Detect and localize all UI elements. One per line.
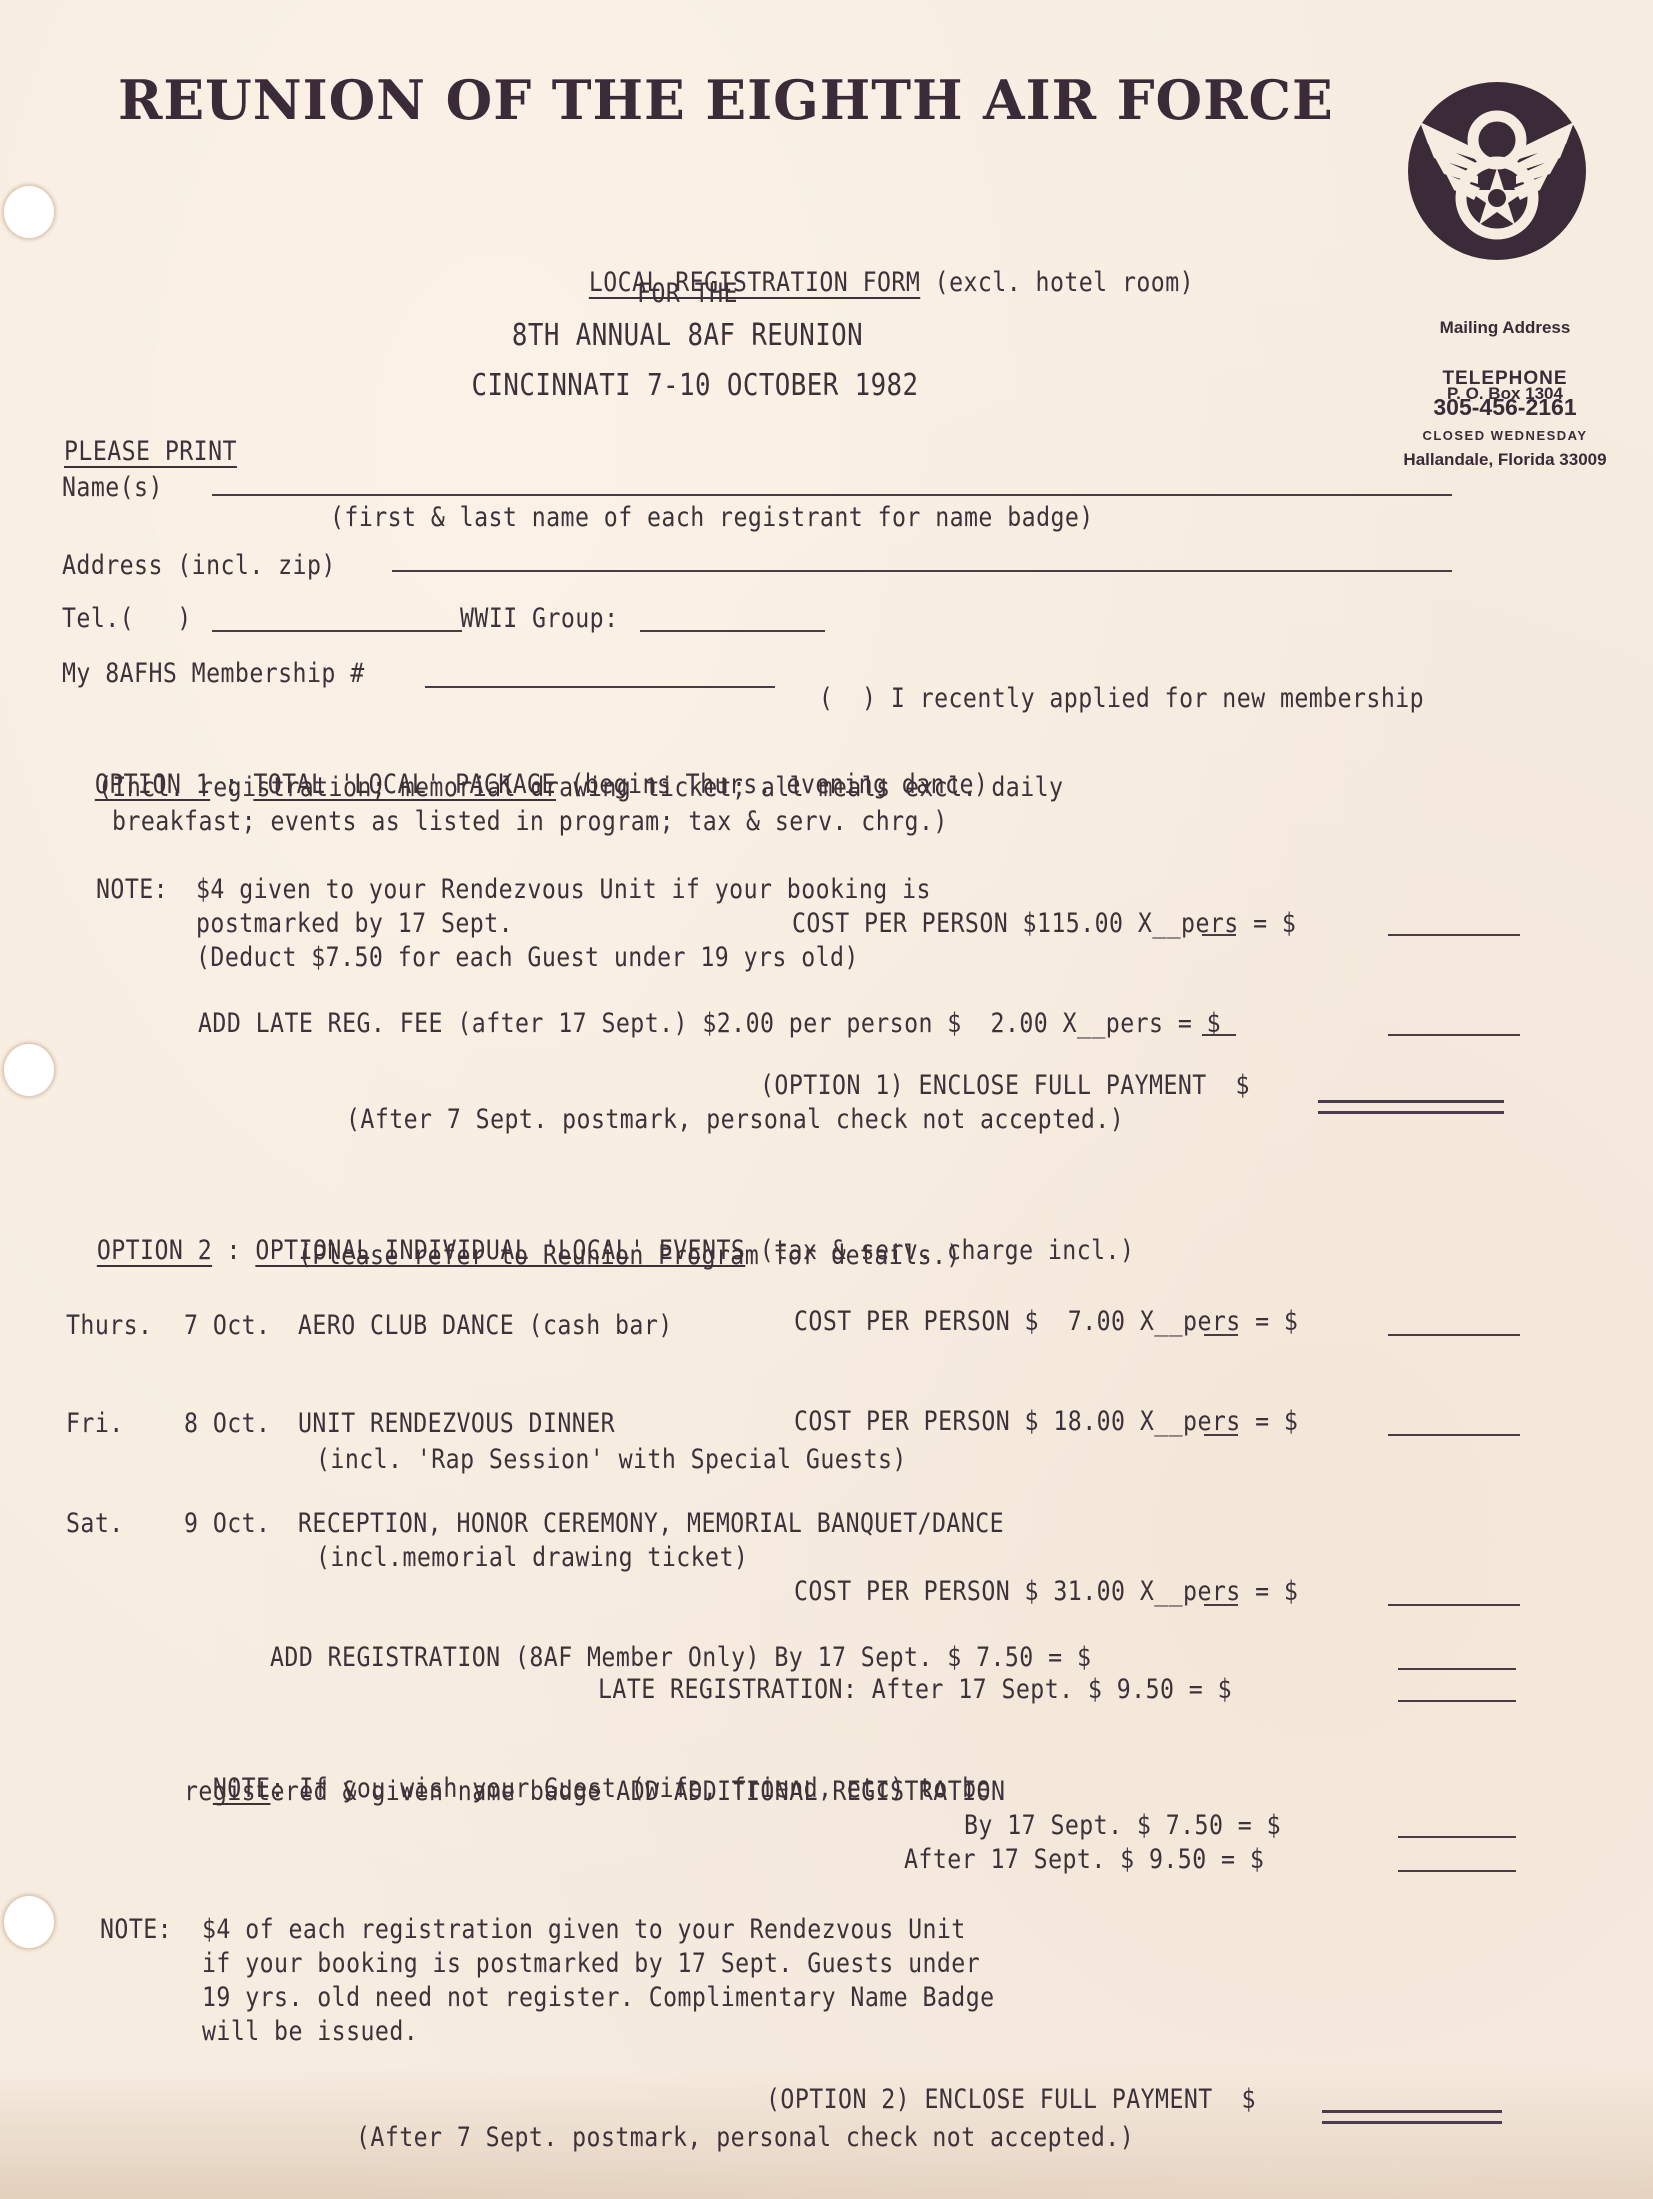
event-fri-date: 8 Oct. [184, 1408, 270, 1439]
event-thurs-date: 7 Oct. [184, 1310, 270, 1341]
registration-late-line: LATE REGISTRATION: After 17 Sept. $ 9.50… [598, 1674, 1232, 1705]
punch-hole-top [4, 186, 54, 238]
event-thurs-total-field[interactable] [1388, 1334, 1520, 1336]
new-membership-label: I recently applied for new membership [891, 683, 1424, 714]
event-thurs-name: AERO CLUB DANCE (cash bar) [298, 1310, 673, 1341]
event-sat-cost: COST PER PERSON $ 31.00 X__pers = $ [794, 1576, 1298, 1607]
address-label: Address (incl. zip) [62, 550, 336, 581]
please-print-label: PLEASE PRINT [64, 436, 237, 467]
tel-field[interactable] [212, 630, 462, 632]
option1-note-line1: $4 given to your Rendezvous Unit if your… [196, 874, 931, 905]
membership-field[interactable] [425, 686, 775, 688]
option2-separator: : [227, 1235, 241, 1266]
eighth-air-force-emblem-icon [1408, 82, 1586, 260]
event-thurs-cost: COST PER PERSON $ 7.00 X__pers = $ [794, 1306, 1298, 1337]
tel-label: Tel.( ) [62, 603, 192, 634]
event-fri-total-field[interactable] [1388, 1434, 1520, 1436]
telephone-number: 305-456-2161 [1380, 394, 1630, 421]
city-state-zip: Hallandale, Florida 33009 [1380, 449, 1630, 471]
punch-hole-bottom [4, 1896, 54, 1948]
event-location-date: CINCINNATI 7-10 OCTOBER 1982 [97, 368, 1292, 403]
for-the: FOR THE [96, 278, 1279, 309]
option1-note-line3: (Deduct $7.50 for each Guest under 19 yr… [196, 942, 859, 973]
option2-note-line4: will be issued. [202, 2016, 418, 2047]
event-sat-date: 9 Oct. [184, 1508, 270, 1539]
wwii-group-label: WWII Group: [460, 603, 619, 634]
page-title: REUNION OF THE EIGHTH AIR FORCE [118, 68, 1334, 132]
event-fri-cost: COST PER PERSON $ 18.00 X__pers = $ [794, 1406, 1298, 1437]
punch-hole-middle [4, 1044, 54, 1096]
option1-includes-line1: (Incl. registration; memorial drawing ti… [98, 772, 1063, 803]
event-fri-name: UNIT RENDEZVOUS DINNER [298, 1408, 615, 1439]
new-membership-checkbox[interactable]: ( ) [819, 683, 877, 714]
option2-note-line3: 19 yrs. old need not register. Complimen… [202, 1982, 995, 2013]
telephone-label: TELEPHONE [1380, 368, 1630, 390]
option2-note-line1: $4 of each registration given to your Re… [202, 1914, 966, 1945]
late-fee-persons-field[interactable] [1202, 1034, 1236, 1036]
option2-payment-note: (After 7 Sept. postmark, personal check … [356, 2122, 1134, 2153]
guest-registration-by: By 17 Sept. $ 7.50 = $ [964, 1810, 1281, 1841]
event-fri-detail: (incl. 'Rap Session' with Special Guests… [316, 1444, 907, 1475]
option2-label: OPTION 2 [97, 1235, 212, 1266]
option1-payment-label: (OPTION 1) ENCLOSE FULL PAYMENT $ [760, 1070, 1250, 1101]
late-fee-total-field[interactable] [1388, 1034, 1520, 1036]
event-sat-name: RECEPTION, HONOR CEREMONY, MEMORIAL BANQ… [298, 1508, 1004, 1539]
option1-payment-note: (After 7 Sept. postmark, personal check … [346, 1104, 1124, 1135]
guest-note-line2: registered & given name badge ADD ADDITI… [184, 1776, 1005, 1807]
name-field[interactable] [212, 494, 1452, 496]
guest-registration-by-field[interactable] [1398, 1836, 1516, 1838]
guest-registration-after: After 17 Sept. $ 9.50 = $ [904, 1844, 1264, 1875]
registration-member-field[interactable] [1398, 1668, 1516, 1670]
option2-subtitle: (Please refer to Reunion Program for det… [298, 1240, 961, 1271]
closed-notice: CLOSED WEDNESDAY [1380, 428, 1630, 443]
event-sat-total-field[interactable] [1388, 1604, 1520, 1606]
name-label: Name(s) [62, 472, 163, 503]
registration-late-field[interactable] [1398, 1700, 1516, 1702]
option1-includes-line2: breakfast; events as listed in program; … [112, 806, 948, 837]
option1-persons-field[interactable] [1202, 934, 1236, 936]
option2-note-line2: if your booking is postmarked by 17 Sept… [202, 1948, 980, 1979]
event-sat-day: Sat. [66, 1508, 124, 1539]
event-name: 8TH ANNUAL 8AF REUNION [96, 318, 1279, 353]
address-field[interactable] [392, 570, 1452, 572]
option1-note-prefix: NOTE: [96, 874, 168, 905]
option2-payment-label: (OPTION 2) ENCLOSE FULL PAYMENT $ [766, 2084, 1256, 2115]
option1-payment-field[interactable] [1318, 1100, 1504, 1114]
wwii-group-field[interactable] [640, 630, 825, 632]
option2-payment-field[interactable] [1322, 2110, 1502, 2124]
option1-cost-total-field[interactable] [1388, 934, 1520, 936]
event-fri-persons-field[interactable] [1204, 1434, 1238, 1436]
event-sat-persons-field[interactable] [1204, 1604, 1238, 1606]
event-sat-detail: (incl.memorial drawing ticket) [316, 1542, 748, 1573]
membership-label: My 8AFHS Membership # [62, 658, 365, 689]
option1-note-line2: postmarked by 17 Sept. [196, 908, 513, 939]
option2-note-prefix: NOTE: [100, 1914, 172, 1945]
event-thurs-day: Thurs. [66, 1310, 152, 1341]
option1-late-fee: ADD LATE REG. FEE (after 17 Sept.) $2.00… [198, 1008, 1221, 1039]
event-thurs-persons-field[interactable] [1204, 1334, 1238, 1336]
registration-member-line: ADD REGISTRATION (8AF Member Only) By 17… [270, 1642, 1091, 1673]
name-hint: (first & last name of each registrant fo… [330, 502, 1094, 533]
guest-registration-after-field[interactable] [1398, 1870, 1516, 1872]
event-fri-day: Fri. [66, 1408, 124, 1439]
mailing-address-label: Mailing Address [1380, 317, 1630, 339]
